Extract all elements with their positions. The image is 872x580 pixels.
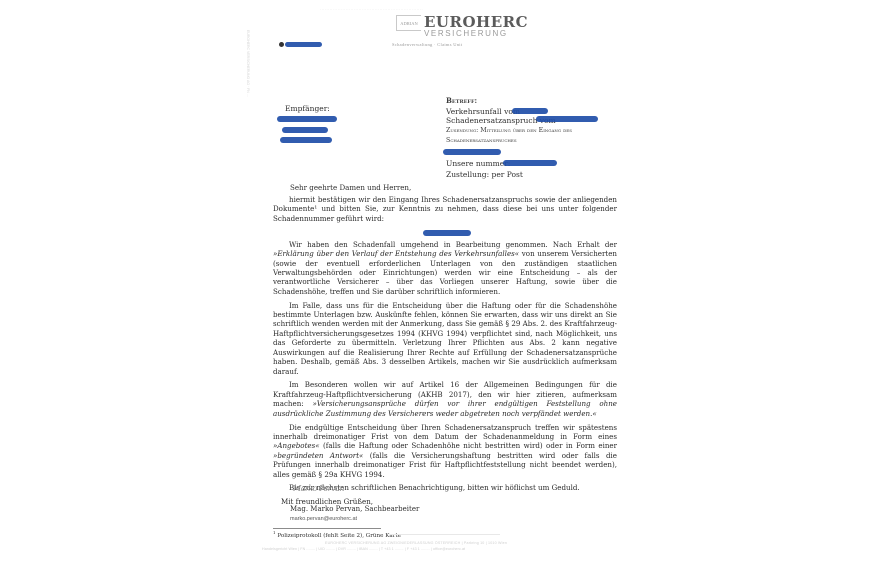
- signer-name: Mag. Marko Pervan, Sachbearbeiter: [290, 505, 419, 513]
- footer-company-line: EUROHERC VERSICHERUNG AG ZWEIGNIEDERLASS…: [325, 541, 507, 545]
- paragraph-processing: Wir haben den Schadenfall umgehend in Be…: [273, 240, 617, 296]
- paragraph-confirmation: hiermit bestätigen wir den Eingang Ihres…: [273, 195, 617, 223]
- recipient-label: Empfänger:: [285, 104, 330, 113]
- brand-subtitle: VERSICHERUNG: [424, 29, 508, 38]
- footer-divider: [390, 534, 500, 535]
- redacted-reference: [285, 42, 322, 47]
- paragraph-missing-documents: Im Falle, dass uns für die Entscheidung …: [273, 301, 617, 376]
- logo-badge: ADRIAN: [396, 15, 421, 31]
- redacted-accident-date: [512, 108, 548, 114]
- footnote-rule: [273, 528, 381, 529]
- footer-registration-line: Handelsgericht Wien | FN ........ | UID …: [262, 547, 465, 551]
- letter-body: hiermit bestätigen wir den Eingang Ihres…: [273, 195, 617, 511]
- handwritten-signature: Marko Pervan: [293, 484, 344, 493]
- redacted-claim-date: [536, 116, 598, 122]
- claim-number-row: [273, 228, 617, 240]
- redacted-subject-line: [443, 149, 501, 155]
- side-vertical-text: EUROHERC VERSICHERUNG AG · FN ...: [246, 30, 250, 97]
- delivery-method: Zustellung: per Post: [446, 170, 523, 179]
- signer-email: marko.pervan@euroherc.at: [290, 516, 357, 522]
- redacted-our-number: [503, 160, 557, 166]
- redacted-recipient-line-1: [277, 116, 337, 122]
- bullet-dot: [279, 42, 284, 47]
- redacted-claim-number: [423, 230, 471, 236]
- delivery-line-2: Schadenersatzanspruches: [446, 137, 517, 144]
- paragraph-akhb-article: Im Besonderen wollen wir auf Artikel 16 …: [273, 380, 617, 418]
- salutation: Sehr geehrte Damen und Herren,: [290, 183, 411, 192]
- redacted-recipient-line-3: [280, 137, 332, 143]
- accident-label: Verkehrsunfall vom: [446, 107, 520, 116]
- subject-heading: Betreff:: [446, 96, 477, 105]
- header-faint-line: ........................................…: [320, 6, 423, 11]
- redacted-recipient-line-2: [282, 127, 328, 133]
- our-number-label: Unsere nummer:: [446, 159, 510, 168]
- scanned-letter-page: ........................................…: [0, 0, 872, 580]
- delivery-line-1: Zusendung: Mitteilung über den Eingang d…: [446, 127, 572, 134]
- paragraph-final-decision: Die endgültige Entscheidung über Ihren S…: [273, 423, 617, 479]
- footnote: 1 Polizeiprotokoll (fehlt Seite 2), Grün…: [273, 530, 401, 539]
- department-tagline: Schadenverwaltung · Claims Unit: [392, 42, 462, 47]
